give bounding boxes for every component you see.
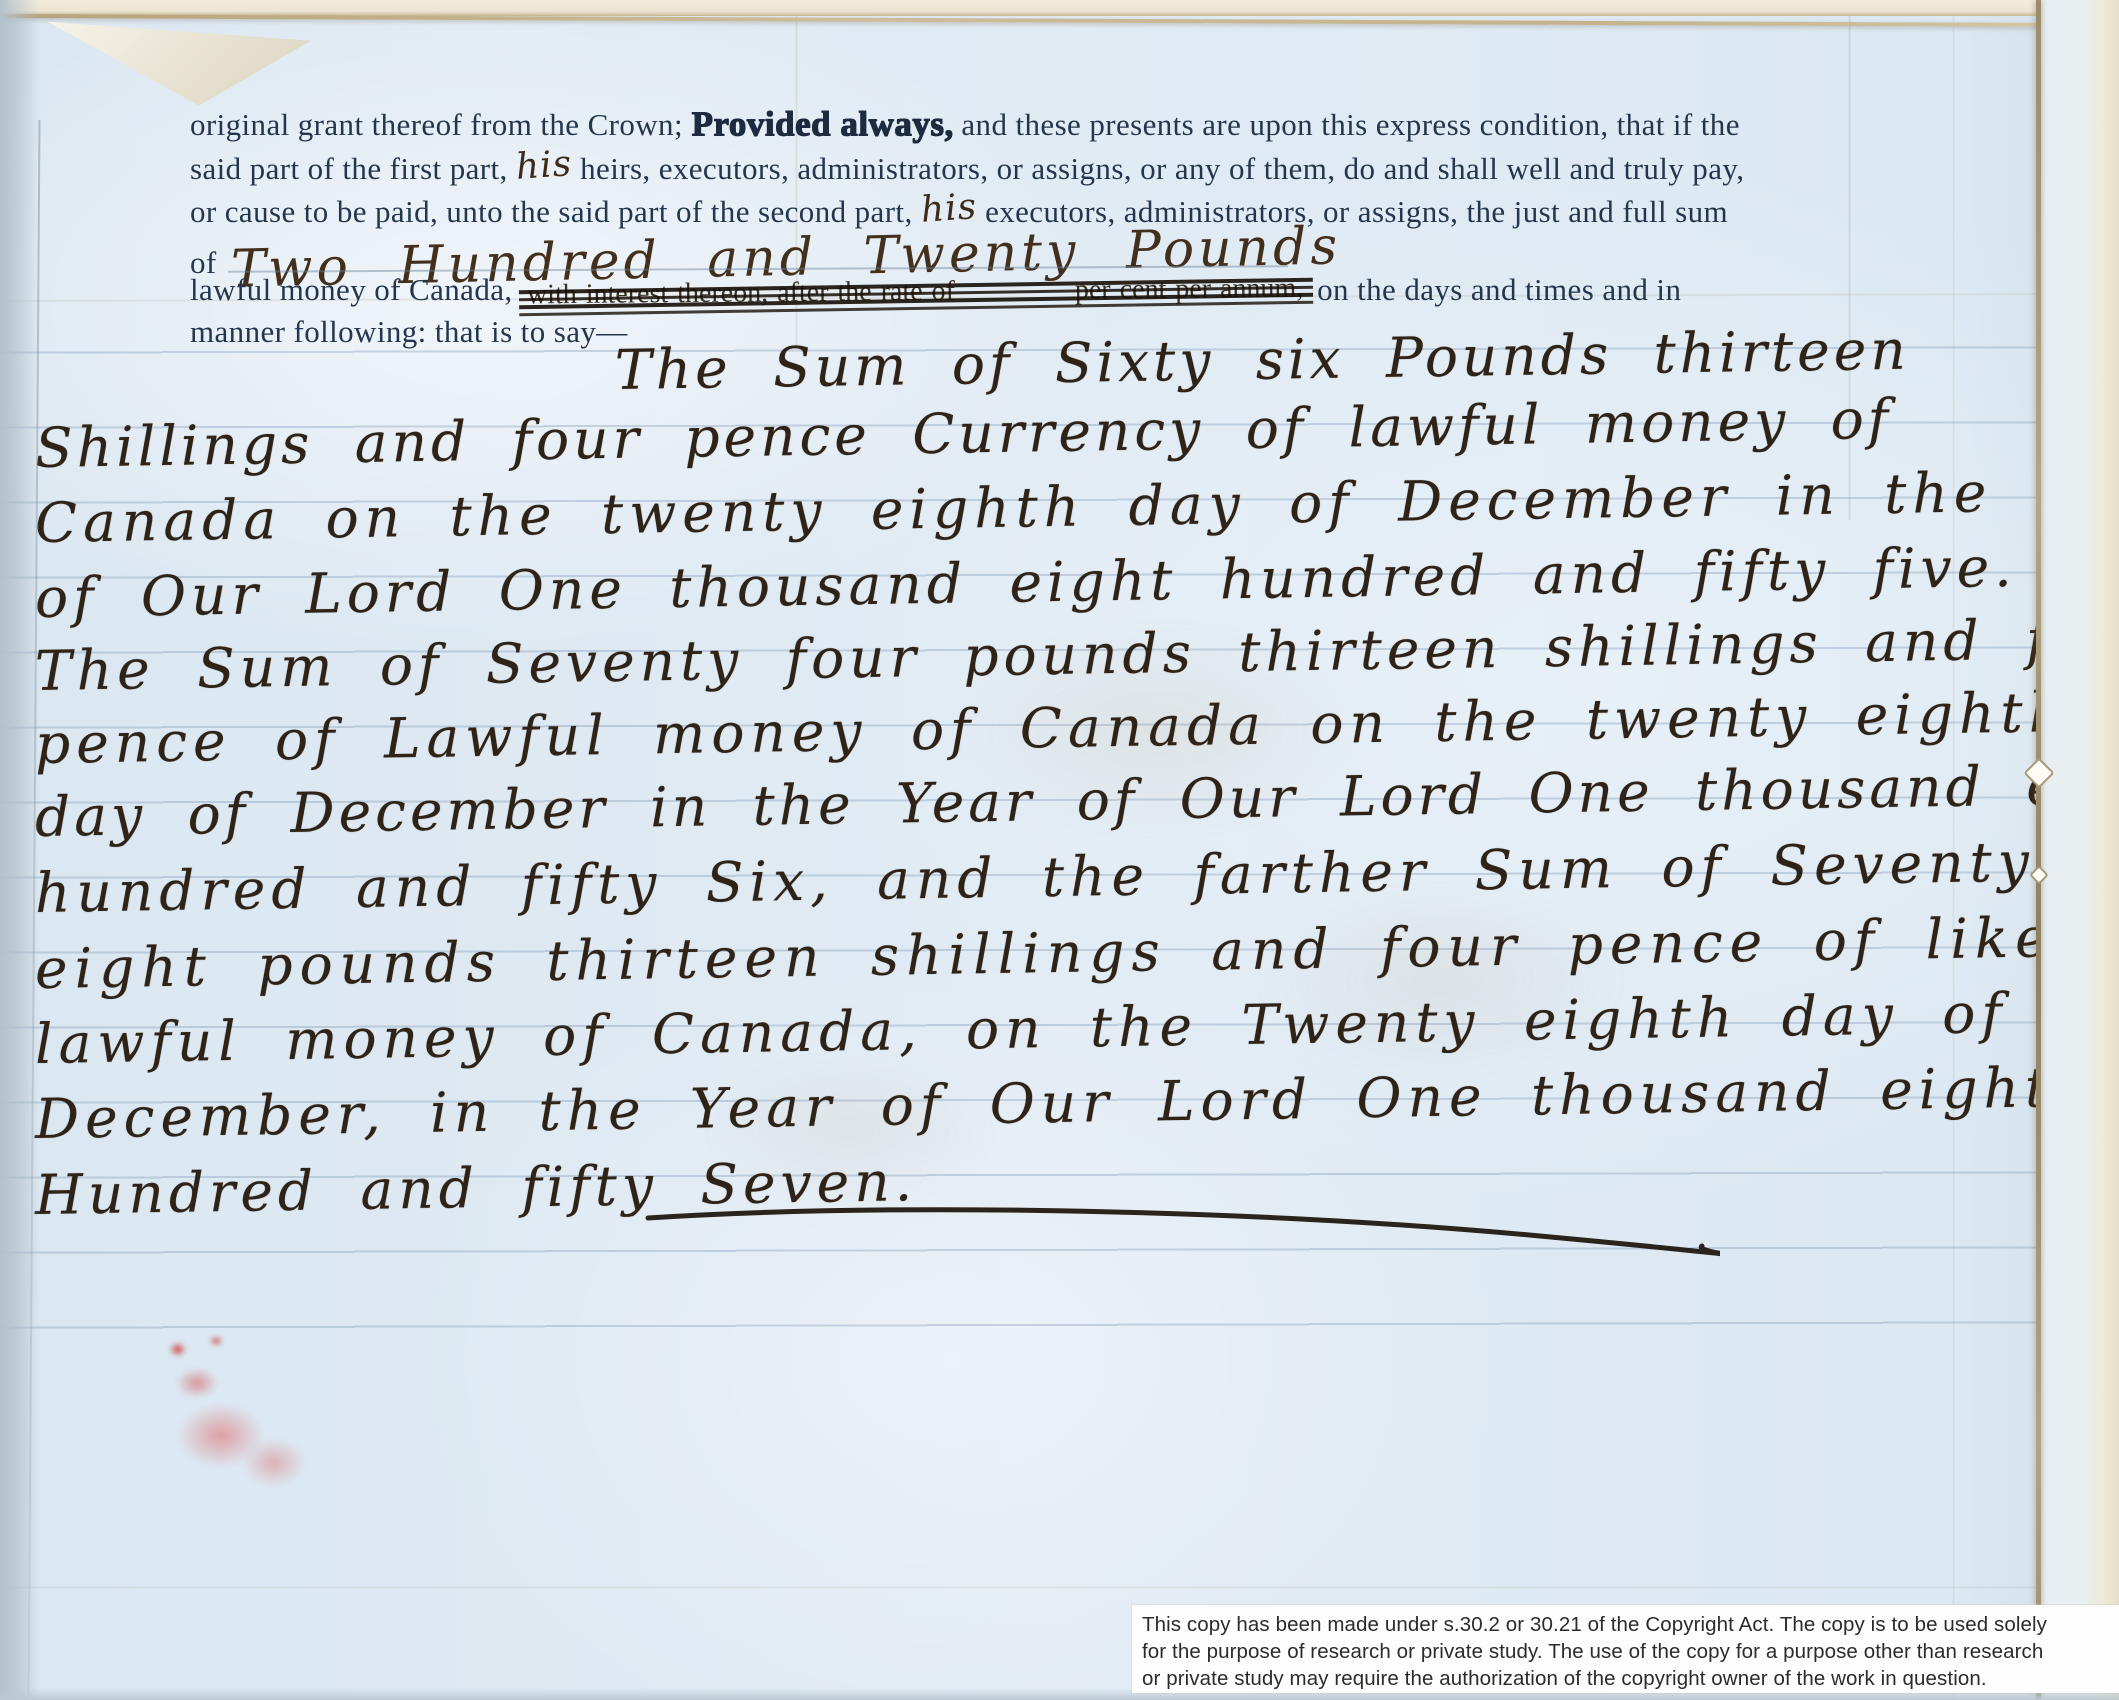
- paper-right-panel: [2041, 0, 2119, 1700]
- clause-text: and these presents are upon this express…: [953, 107, 1740, 142]
- right-fold-stitch: [2036, 0, 2041, 1700]
- copyright-notice-line: This copy has been made under s.30.2 or …: [1142, 1611, 2109, 1638]
- horizontal-crease: [0, 1586, 2119, 1589]
- struck-text: with interest thereon,: [527, 277, 768, 310]
- clause-text: lawful money of Canada,: [190, 272, 521, 307]
- blackletter-provided-always: Provided always,: [691, 104, 953, 143]
- clause-text: original grant thereof from the Crown;: [190, 107, 691, 142]
- struck-text: per cent per annum,: [1074, 273, 1303, 306]
- printed-clause-line-6: manner following: that is to say—: [190, 314, 628, 350]
- paper-top-edge: [0, 0, 2119, 16]
- copyright-notice-line: or private study may require the authori…: [1142, 1665, 2109, 1692]
- printed-clause-line-1: original grant thereof from the Crown; P…: [190, 104, 1740, 144]
- flourish-line: [640, 1196, 1720, 1266]
- struck-text: after the rate of: [777, 276, 955, 309]
- clause-text: or cause to be paid, unto the said part …: [190, 194, 921, 229]
- printed-clause-line-5: lawful money of Canada, with interest th…: [190, 272, 1681, 308]
- copyright-notice: This copy has been made under s.30.2 or …: [1132, 1605, 2119, 1693]
- handwritten-his: his: [514, 143, 573, 188]
- struck-blank-gap: [955, 299, 1075, 300]
- printed-clause-line-2: said part of the first part, his heirs, …: [190, 147, 1744, 188]
- clause-text: on the days and times and in: [1309, 272, 1681, 307]
- copyright-notice-line: for the purpose of research or private s…: [1142, 1638, 2109, 1665]
- clause-text: heirs, executors, administrators, or ass…: [572, 151, 1744, 186]
- struck-through-interest-clause: with interest thereon, after the rate of…: [527, 273, 1304, 312]
- clause-text: said part of the first part,: [190, 151, 516, 186]
- red-ink-stain: [125, 1320, 365, 1530]
